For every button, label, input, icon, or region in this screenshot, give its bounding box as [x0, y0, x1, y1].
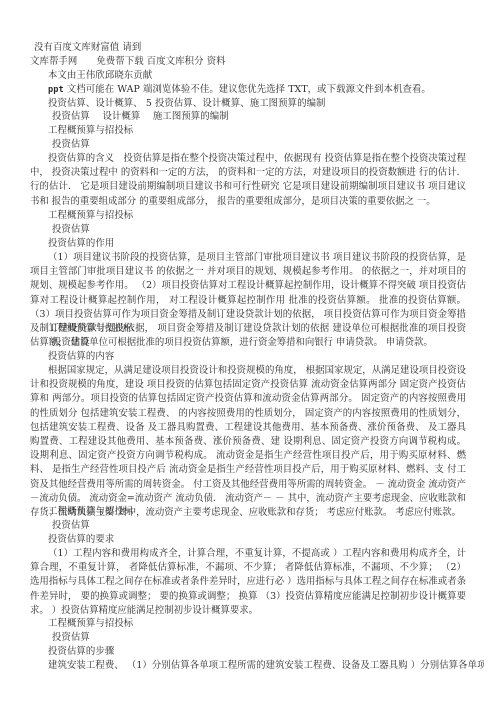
notice-text: 文档可能在 WAP 端浏览体验不佳。建议您优先选择 TXT，或下载源文件到本机查… [64, 84, 431, 95]
section-course: 工程概预算与招投标 [48, 124, 484, 138]
title-line-2: 投资估算 设计概算 施工图预算的编制 [52, 110, 488, 124]
section-topic: 投资估算 [52, 519, 488, 533]
section-body: 建筑安装工程费、 （1）分别估算各单项工程所需的建筑安装工程费、设备及工器具购 … [48, 659, 484, 673]
section-body: 投资估算的含义 投资估算是指在整个投资决策过程中，依据现有 投资估算是指在整个投… [30, 152, 466, 209]
section-course: 工程概预算与招投标 [48, 505, 484, 519]
title-line-1: 投资估算、设计概算、 5 投资估算、设计概算、施工图预算的编制 [48, 97, 484, 111]
contributor-line: 本文由王伟欣邱晓东贡献 [48, 69, 484, 83]
section-topic: 投资估算 [52, 138, 488, 152]
section-heading: 投资估算的作用 [48, 237, 484, 251]
section-heading: 投资估算的要求 [48, 533, 484, 547]
section-topic: 投资估算 [52, 223, 488, 237]
notice-prefix: ppt [48, 85, 64, 95]
notice-line: ppt 文档可能在 WAP 端浏览体验不佳。建议您优先选择 TXT，或下载源文件… [48, 83, 484, 97]
section-body: 根据国家规定，从满足建设项目投资设计和投资规模的角度， 根据国家规定，从满足建设… [30, 364, 466, 520]
section-course: 工程概预算与招投标 [48, 322, 484, 336]
section-heading: 投资估算的内容 [48, 350, 484, 364]
section-topic: 投资估算 [52, 631, 488, 645]
section-topic: 投资估算 [52, 336, 488, 350]
header-line-2: 文库帮手网 免费帮下载 百度文库积分 资料 [30, 55, 466, 69]
section-body: （1）工程内容和费用构成齐全，计算合理，不重复计算，不提高或 ）工程内容和费用构… [30, 547, 466, 618]
section-heading: 投资估算的步骤 [48, 645, 484, 659]
section-course: 工程概预算与招投标 [48, 209, 484, 223]
header-line-1: 没有百度文库财富值 请到 [34, 41, 470, 55]
section-course: 工程概预算与招投标 [48, 617, 484, 631]
document-page: 没有百度文库财富值 请到 文库帮手网 免费帮下载 百度文库积分 资料 本文由王伟… [0, 0, 496, 702]
